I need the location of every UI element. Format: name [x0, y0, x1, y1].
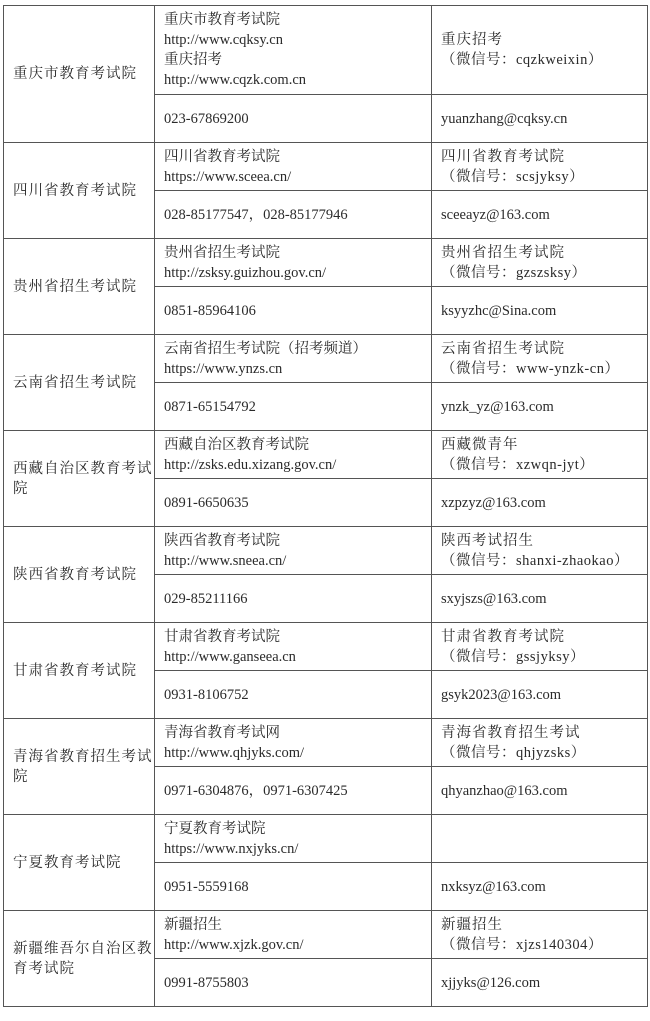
- wechat-id: （微信号：xjzs140304）: [441, 935, 647, 955]
- email-cell[interactable]: sceeayz@163.com: [432, 191, 648, 239]
- phone-cell: 0851-85964106: [155, 287, 432, 335]
- phone-cell: 023-67869200: [155, 95, 432, 143]
- website-cell: 重庆市教育考试院http://www.cqksy.cn重庆招考http://ww…: [155, 6, 432, 95]
- table-row: 新疆维吾尔自治区教育考试院 新疆招生http://www.xjzk.gov.cn…: [4, 911, 648, 959]
- table-row: 四川省教育考试院 四川省教育考试院https://www.sceea.cn/ 四…: [4, 143, 648, 191]
- table-row: 青海省教育招生考试院 青海省教育考试网http://www.qhjyks.com…: [4, 719, 648, 767]
- website-cell: 青海省教育考试网http://www.qhjyks.com/: [155, 719, 432, 767]
- website-link[interactable]: http://www.qhjyks.com/: [164, 743, 431, 763]
- phone-cell: 0971-6304876，0971-6307425: [155, 767, 432, 815]
- website-link[interactable]: https://www.nxjyks.cn/: [164, 839, 431, 859]
- website-name: 西藏自治区教育考试院: [164, 435, 431, 455]
- website-name: 贵州省招生考试院: [164, 243, 431, 263]
- wechat-account-name: 陕西考试招生: [441, 531, 647, 551]
- website-link[interactable]: http://www.ganseea.cn: [164, 647, 431, 667]
- website-cell: 云南省招生考试院（招考频道）https://www.ynzs.cn: [155, 335, 432, 383]
- institution-name: 重庆市教育考试院: [4, 6, 155, 143]
- wechat-id: （微信号：gzszsksy）: [441, 263, 647, 283]
- website-link[interactable]: http://www.cqksy.cn: [164, 30, 431, 50]
- website-link[interactable]: http://www.sneea.cn/: [164, 551, 431, 571]
- wechat-cell: 四川省教育考试院（微信号：scsjyksy）: [432, 143, 648, 191]
- phone-cell: 029-85211166: [155, 575, 432, 623]
- wechat-id: （微信号：www-ynzk-cn）: [441, 359, 647, 379]
- wechat-account-name: 西藏微青年: [441, 435, 647, 455]
- phone-cell: 028-85177547，028-85177946: [155, 191, 432, 239]
- email-cell[interactable]: ksyyzhc@Sina.com: [432, 287, 648, 335]
- institution-name: 西藏自治区教育考试院: [4, 431, 155, 527]
- phone-cell: 0931-8106752: [155, 671, 432, 719]
- institution-name: 云南省招生考试院: [4, 335, 155, 431]
- table-row: 贵州省招生考试院 贵州省招生考试院http://zsksy.guizhou.go…: [4, 239, 648, 287]
- email-cell[interactable]: nxksyz@163.com: [432, 863, 648, 911]
- wechat-account-name: 青海省教育招生考试: [441, 723, 647, 743]
- institution-name: 甘肃省教育考试院: [4, 623, 155, 719]
- website-cell: 新疆招生http://www.xjzk.gov.cn/: [155, 911, 432, 959]
- table-row: 宁夏教育考试院 宁夏教育考试院https://www.nxjyks.cn/: [4, 815, 648, 863]
- wechat-cell: 西藏微青年（微信号：xzwqn-jyt）: [432, 431, 648, 479]
- phone-cell: 0991-8755803: [155, 959, 432, 1007]
- wechat-id: （微信号：shanxi-zhaokao）: [441, 551, 647, 571]
- table-row: 陕西省教育考试院 陕西省教育考试院http://www.sneea.cn/ 陕西…: [4, 527, 648, 575]
- table-row: 甘肃省教育考试院 甘肃省教育考试院http://www.ganseea.cn 甘…: [4, 623, 648, 671]
- phone-cell: 0891-6650635: [155, 479, 432, 527]
- email-cell[interactable]: gsyk2023@163.com: [432, 671, 648, 719]
- wechat-account-name: 新疆招生: [441, 915, 647, 935]
- email-cell[interactable]: xjjyks@126.com: [432, 959, 648, 1007]
- website-name: 宁夏教育考试院: [164, 819, 431, 839]
- website-link[interactable]: http://www.cqzk.com.cn: [164, 70, 431, 90]
- wechat-account-name: 重庆招考: [441, 30, 647, 50]
- wechat-cell: 云南省招生考试院（微信号：www-ynzk-cn）: [432, 335, 648, 383]
- phone-cell: 0871-65154792: [155, 383, 432, 431]
- institution-name: 新疆维吾尔自治区教育考试院: [4, 911, 155, 1007]
- wechat-cell: 青海省教育招生考试（微信号：qhjyzsks）: [432, 719, 648, 767]
- institution-name: 陕西省教育考试院: [4, 527, 155, 623]
- wechat-cell: 重庆招考（微信号：cqzkweixin）: [432, 6, 648, 95]
- wechat-id: （微信号：qhjyzsks）: [441, 743, 647, 763]
- wechat-account-name: 贵州省招生考试院: [441, 243, 647, 263]
- wechat-id: （微信号：cqzkweixin）: [441, 50, 647, 70]
- wechat-id: （微信号：scsjyksy）: [441, 167, 647, 187]
- email-cell[interactable]: sxyjszs@163.com: [432, 575, 648, 623]
- website-cell: 陕西省教育考试院http://www.sneea.cn/: [155, 527, 432, 575]
- wechat-id: （微信号：xzwqn-jyt）: [441, 455, 647, 475]
- table-row: 重庆市教育考试院 重庆市教育考试院http://www.cqksy.cn重庆招考…: [4, 6, 648, 95]
- table-row: 云南省招生考试院 云南省招生考试院（招考频道）https://www.ynzs.…: [4, 335, 648, 383]
- institution-name: 四川省教育考试院: [4, 143, 155, 239]
- institution-name: 青海省教育招生考试院: [4, 719, 155, 815]
- wechat-cell: 甘肃省教育考试院（微信号：gssjyksy）: [432, 623, 648, 671]
- website-cell: 甘肃省教育考试院http://www.ganseea.cn: [155, 623, 432, 671]
- website-name: 四川省教育考试院: [164, 147, 431, 167]
- wechat-id: （微信号：gssjyksy）: [441, 647, 647, 667]
- website-name: 新疆招生: [164, 915, 431, 935]
- website-cell: 西藏自治区教育考试院http://zsks.edu.xizang.gov.cn/: [155, 431, 432, 479]
- email-cell[interactable]: qhyanzhao@163.com: [432, 767, 648, 815]
- website-name: 云南省招生考试院（招考频道）: [164, 339, 431, 359]
- exam-authority-contact-table: 重庆市教育考试院 重庆市教育考试院http://www.cqksy.cn重庆招考…: [3, 5, 648, 1007]
- website-cell: 贵州省招生考试院http://zsksy.guizhou.gov.cn/: [155, 239, 432, 287]
- phone-cell: 0951-5559168: [155, 863, 432, 911]
- wechat-cell: 新疆招生（微信号：xjzs140304）: [432, 911, 648, 959]
- email-cell[interactable]: yuanzhang@cqksy.cn: [432, 95, 648, 143]
- wechat-cell: 陕西考试招生（微信号：shanxi-zhaokao）: [432, 527, 648, 575]
- website-name: 重庆市教育考试院: [164, 10, 431, 30]
- wechat-cell: 贵州省招生考试院（微信号：gzszsksy）: [432, 239, 648, 287]
- website-link[interactable]: http://zsks.edu.xizang.gov.cn/: [164, 455, 431, 475]
- website-name: 重庆招考: [164, 50, 431, 70]
- table-row: 西藏自治区教育考试院 西藏自治区教育考试院http://zsks.edu.xiz…: [4, 431, 648, 479]
- website-cell: 宁夏教育考试院https://www.nxjyks.cn/: [155, 815, 432, 863]
- website-link[interactable]: http://www.xjzk.gov.cn/: [164, 935, 431, 955]
- email-cell[interactable]: ynzk_yz@163.com: [432, 383, 648, 431]
- institution-name: 贵州省招生考试院: [4, 239, 155, 335]
- website-link[interactable]: https://www.ynzs.cn: [164, 359, 431, 379]
- website-cell: 四川省教育考试院https://www.sceea.cn/: [155, 143, 432, 191]
- website-name: 陕西省教育考试院: [164, 531, 431, 551]
- wechat-account-name: 云南省招生考试院: [441, 339, 647, 359]
- website-link[interactable]: http://zsksy.guizhou.gov.cn/: [164, 263, 431, 283]
- wechat-cell: [432, 815, 648, 863]
- wechat-account-name: 甘肃省教育考试院: [441, 627, 647, 647]
- website-link[interactable]: https://www.sceea.cn/: [164, 167, 431, 187]
- institution-name: 宁夏教育考试院: [4, 815, 155, 911]
- website-name: 甘肃省教育考试院: [164, 627, 431, 647]
- wechat-account-name: 四川省教育考试院: [441, 147, 647, 167]
- email-cell[interactable]: xzpzyz@163.com: [432, 479, 648, 527]
- website-name: 青海省教育考试网: [164, 723, 431, 743]
